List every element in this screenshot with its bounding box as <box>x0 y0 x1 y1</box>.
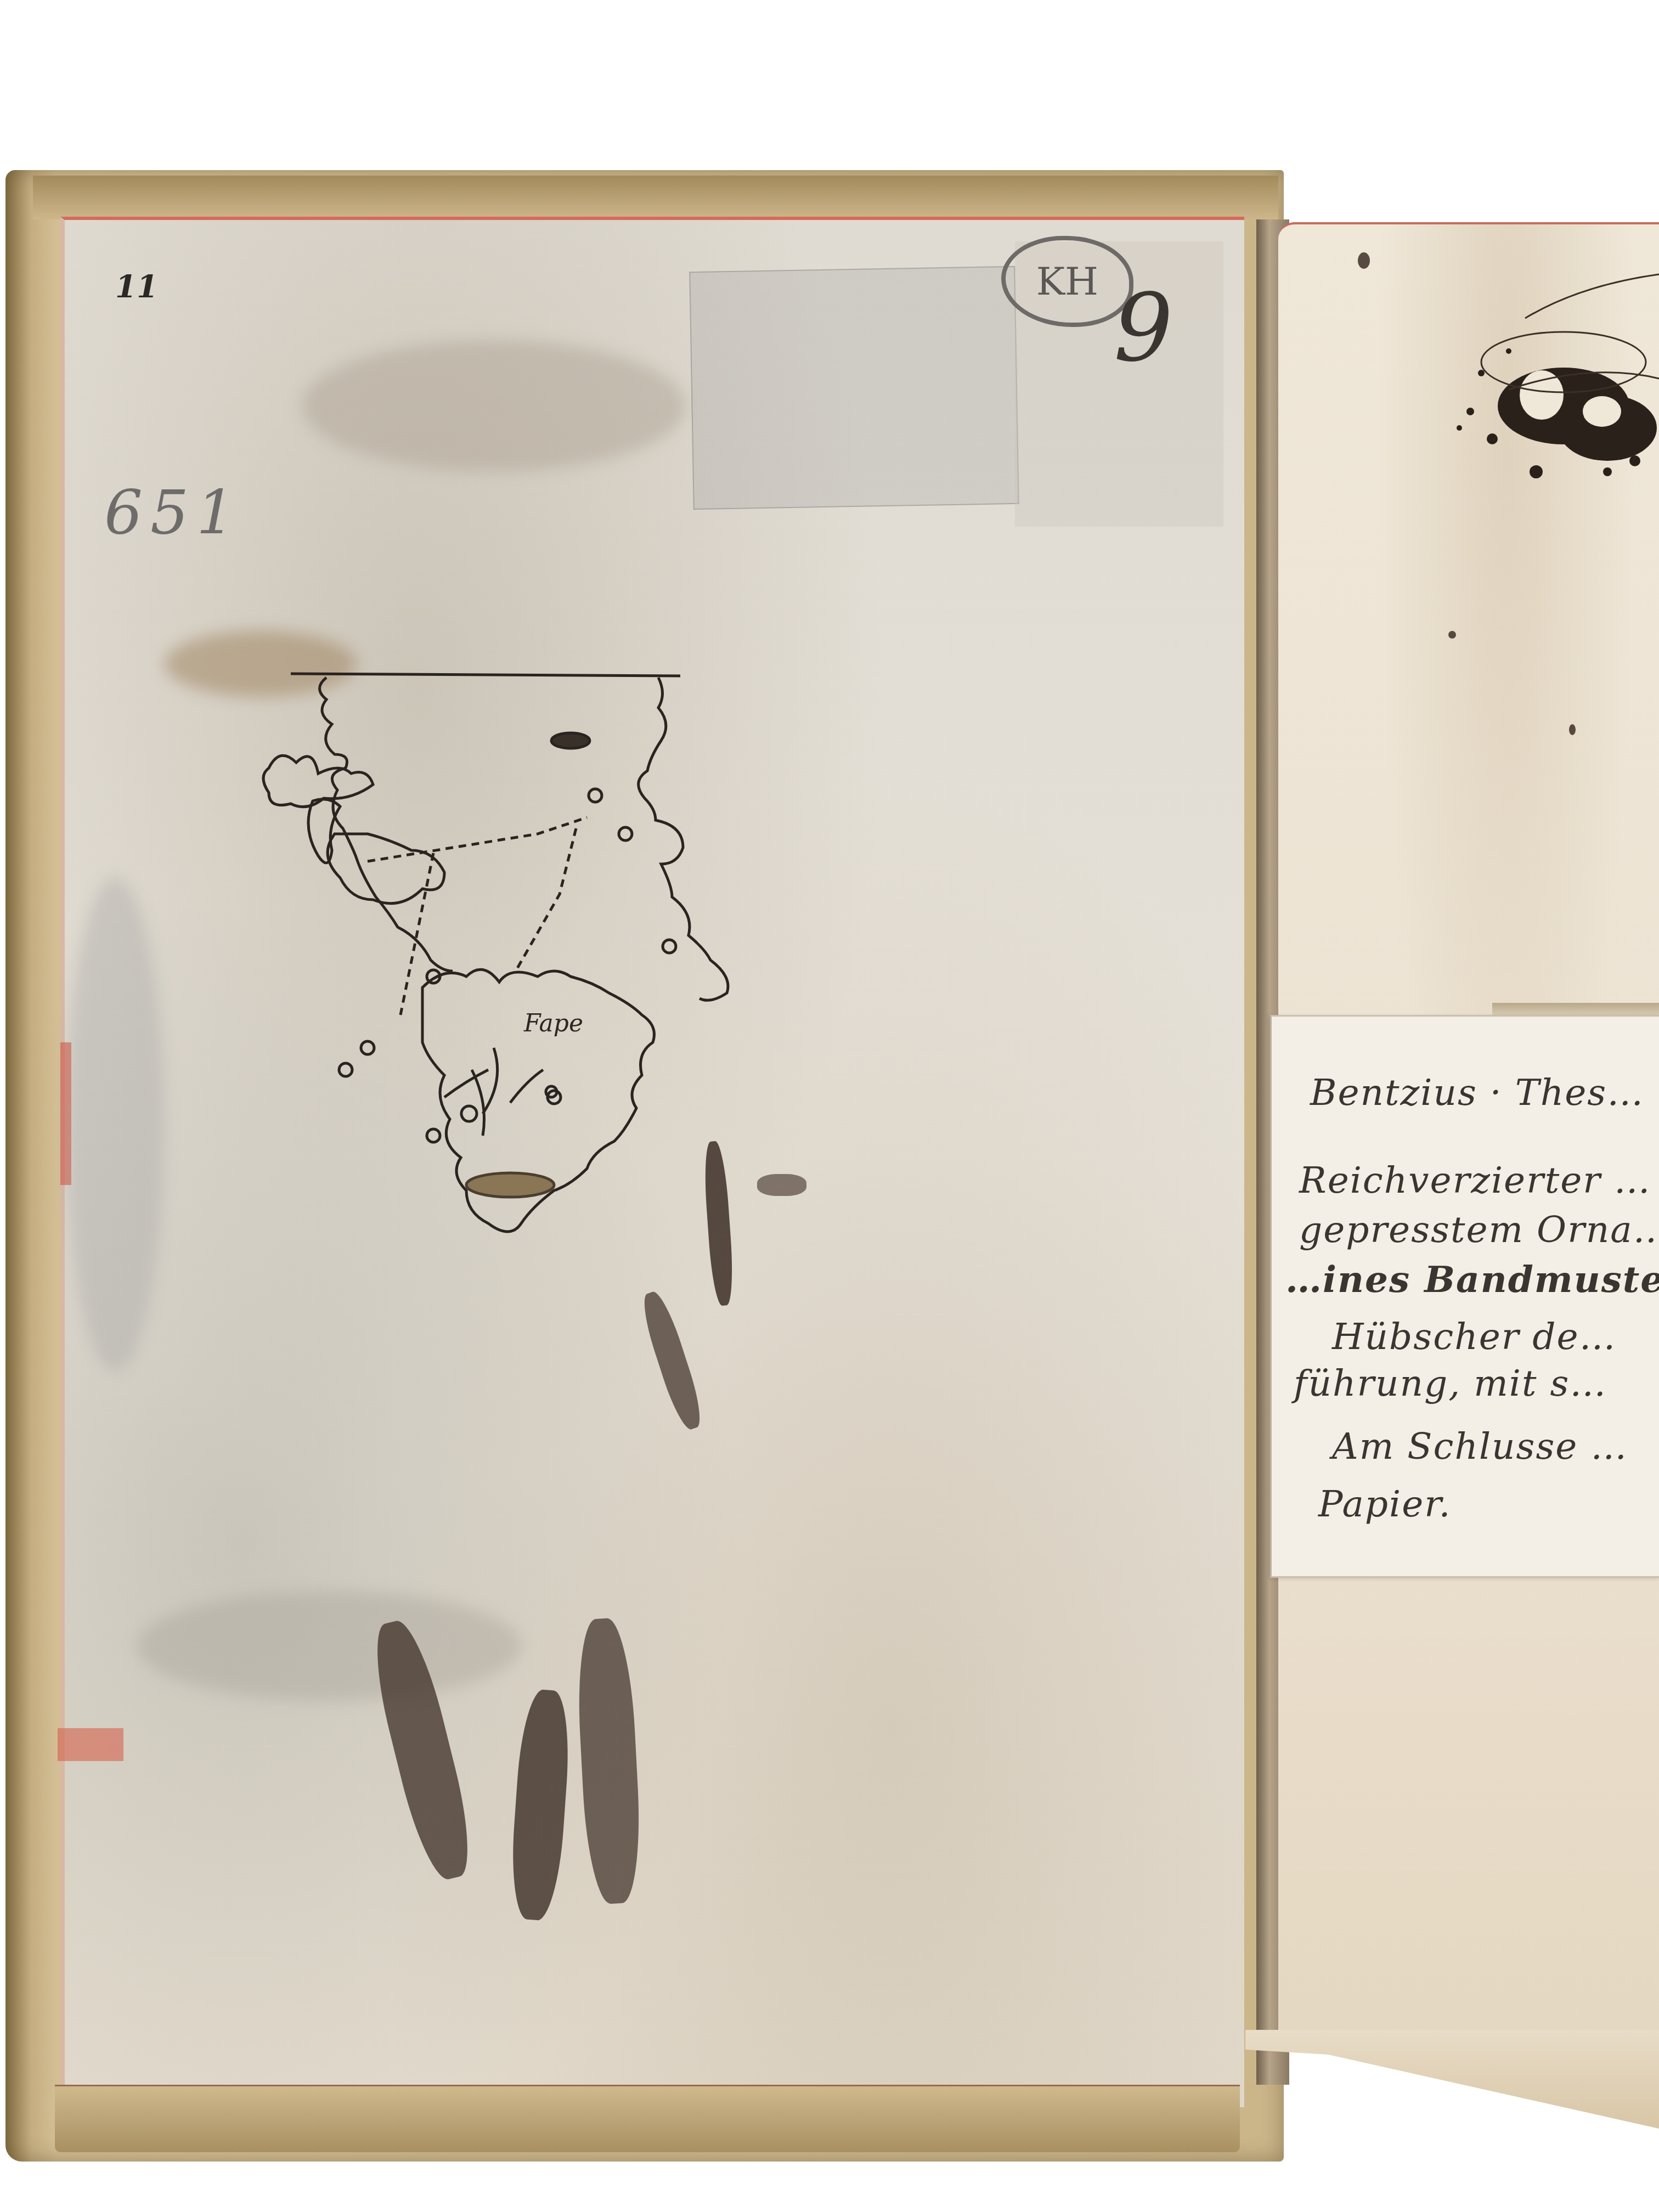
initials-text: KH <box>1036 259 1098 304</box>
label-line: gepresstem Orna… <box>1299 1209 1659 1251</box>
water-stain <box>66 878 165 1372</box>
label-line: Am Schlusse … <box>1332 1425 1628 1468</box>
water-stain <box>137 1591 521 1701</box>
red-edge-stain <box>58 1728 123 1761</box>
label-line: Hübscher de… <box>1332 1316 1617 1358</box>
hand-drawn-map <box>252 664 774 1267</box>
map-place-label: Fape <box>524 1009 583 1037</box>
label-line: Bentzius · Thes… <box>1310 1071 1644 1114</box>
ink-dot <box>1358 252 1370 269</box>
cover-turn-in-top <box>33 176 1278 219</box>
label-line: führung, mit s… <box>1294 1362 1607 1404</box>
ink-dot <box>1448 631 1456 639</box>
ink-dot <box>1569 724 1576 735</box>
label-line: Papier. <box>1318 1483 1452 1525</box>
label-top-strip <box>1492 1003 1659 1016</box>
label-line: …ines Bandmuste… <box>1285 1258 1659 1301</box>
pencil-number: 651 <box>104 477 242 548</box>
ink-splatter <box>1426 263 1659 505</box>
flyleaf-bottom-edge <box>1245 2030 1659 2129</box>
cover-turn-in-bottom <box>55 2085 1240 2152</box>
shelfmark-number: 11 <box>115 269 158 305</box>
ink-smear <box>757 1174 806 1196</box>
ink-mark: 9 <box>1114 274 1173 383</box>
water-stain <box>302 340 686 472</box>
pasted-description-label: Bentzius · Thes… Reichverzierter … gepre… <box>1270 1015 1659 1578</box>
paper-repair-patch <box>689 266 1019 510</box>
label-line: Reichverzierter … <box>1299 1159 1651 1201</box>
